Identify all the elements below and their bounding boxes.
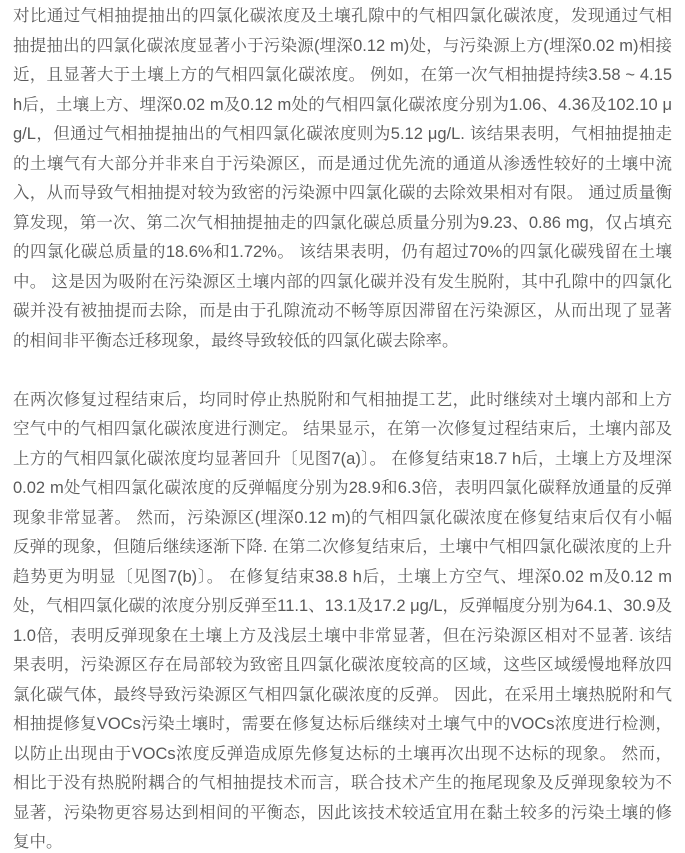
document-page: 对比通过气相抽提抽出的四氯化碳浓度及土壤孔隙中的气相四氯化碳浓度，发现通过气相抽… [0,0,685,853]
paragraph-rebound-after-remediation: 在两次修复过程结束后，均同时停止热脱附和气相抽提工艺，此时继续对土壤内部和上方空… [13,386,672,853]
paragraph-extraction-results: 对比通过气相抽提抽出的四氯化碳浓度及土壤孔隙中的气相四氯化碳浓度，发现通过气相抽… [13,2,672,356]
